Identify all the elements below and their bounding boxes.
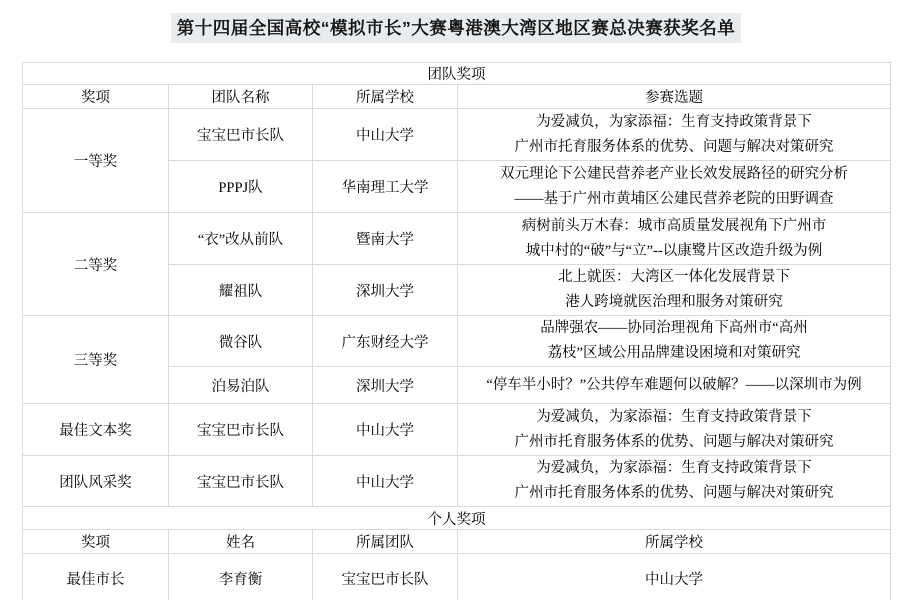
- topic-line: “停车半小时？”公共停车难题何以破解？——以深圳市为例: [458, 373, 890, 398]
- team-cell: 宝宝巴市长队: [169, 109, 313, 161]
- topic-line: 北上就医：大湾区一体化发展背景下: [458, 265, 890, 290]
- col-header-name: 姓名: [169, 530, 313, 554]
- name-cell: 李育衡: [169, 554, 313, 600]
- school-cell: 中山大学: [313, 456, 458, 507]
- table-row: 团队风采奖 宝宝巴市长队 中山大学 为爱减负，为家添福：生育支持政策背景下 广州…: [23, 456, 891, 507]
- topic-line: 广州市托育服务体系的优势、问题与解决对策研究: [458, 135, 890, 160]
- table-row: 三等奖 微谷队 广东财经大学 品牌强农——协同治理视角下高州市“高州 荔枝”区域…: [23, 316, 891, 367]
- topic-line: 城中村的“破”与“立”--以康鹭片区改造升级为例: [458, 239, 890, 264]
- topic-cell: 品牌强农——协同治理视角下高州市“高州 荔枝”区域公用品牌建设困境和对策研究: [458, 316, 891, 367]
- award-cell: 三等奖: [23, 316, 169, 404]
- col-header-school: 所属学校: [313, 85, 458, 109]
- team-cell: “衣”改从前队: [169, 213, 313, 265]
- team-cell: 宝宝巴市长队: [313, 554, 458, 600]
- topic-line: ——基于广州市黄埔区公建民营养老院的田野调查: [458, 187, 890, 212]
- topic-line: 广州市托育服务体系的优势、问题与解决对策研究: [458, 430, 890, 455]
- topic-line: 港人跨境就医治理和服务对策研究: [458, 290, 890, 315]
- team-cell: 微谷队: [169, 316, 313, 367]
- award-cell: 最佳文本奖: [23, 404, 169, 456]
- topic-cell: 病树前头万木春：城市高质量发展视角下广州市 城中村的“破”与“立”--以康鹭片区…: [458, 213, 891, 265]
- topic-line: 为爱减负，为家添福：生育支持政策背景下: [458, 405, 890, 430]
- team-section-header: 团队奖项: [23, 63, 891, 85]
- school-cell: 深圳大学: [313, 367, 458, 404]
- school-cell: 中山大学: [313, 109, 458, 161]
- col-header-topic: 参赛选题: [458, 85, 891, 109]
- school-cell: 中山大学: [458, 554, 891, 600]
- team-cell: PPPJ队: [169, 161, 313, 213]
- topic-cell: 为爱减负，为家添福：生育支持政策背景下 广州市托育服务体系的优势、问题与解决对策…: [458, 404, 891, 456]
- topic-line: 广州市托育服务体系的优势、问题与解决对策研究: [458, 481, 890, 506]
- col-header-school: 所属学校: [458, 530, 891, 554]
- topic-line: 荔枝”区域公用品牌建设困境和对策研究: [458, 341, 890, 366]
- topic-cell: 为爱减负，为家添福：生育支持政策背景下 广州市托育服务体系的优势、问题与解决对策…: [458, 109, 891, 161]
- team-cell: 耀祖队: [169, 265, 313, 316]
- col-header-team: 团队名称: [169, 85, 313, 109]
- award-cell: 一等奖: [23, 109, 169, 213]
- topic-cell: 双元理论下公建民营养老产业长效发展路径的研究分析 ——基于广州市黄埔区公建民营养…: [458, 161, 891, 213]
- col-header-award: 奖项: [23, 85, 169, 109]
- school-cell: 深圳大学: [313, 265, 458, 316]
- individual-section-header: 个人奖项: [23, 507, 891, 530]
- table-row: 一等奖 宝宝巴市长队 中山大学 为爱减负，为家添福：生育支持政策背景下 广州市托…: [23, 109, 891, 161]
- team-cell: 泊易泊队: [169, 367, 313, 404]
- topic-line: 双元理论下公建民营养老产业长效发展路径的研究分析: [458, 162, 890, 187]
- award-cell: 二等奖: [23, 213, 169, 316]
- col-header-team: 所属团队: [313, 530, 458, 554]
- table-row: 二等奖 “衣”改从前队 暨南大学 病树前头万木春：城市高质量发展视角下广州市 城…: [23, 213, 891, 265]
- school-cell: 暨南大学: [313, 213, 458, 265]
- school-cell: 中山大学: [313, 404, 458, 456]
- table-row: 最佳文本奖 宝宝巴市长队 中山大学 为爱减负，为家添福：生育支持政策背景下 广州…: [23, 404, 891, 456]
- topic-cell: 北上就医：大湾区一体化发展背景下 港人跨境就医治理和服务对策研究: [458, 265, 891, 316]
- page-title: 第十四届全国高校“模拟市长”大赛粤港澳大湾区地区赛总决赛获奖名单: [171, 13, 742, 43]
- page: 第十四届全国高校“模拟市长”大赛粤港澳大湾区地区赛总决赛获奖名单 团队奖项 奖项…: [0, 0, 912, 600]
- team-cell: 宝宝巴市长队: [169, 456, 313, 507]
- topic-line: 为爱减负，为家添福：生育支持政策背景下: [458, 110, 890, 135]
- topic-line: 为爱减负，为家添福：生育支持政策背景下: [458, 456, 890, 481]
- table-row: 最佳市长 李育衡 宝宝巴市长队 中山大学: [23, 554, 891, 600]
- topic-cell: “停车半小时？”公共停车难题何以破解？——以深圳市为例: [458, 367, 891, 404]
- col-header-award: 奖项: [23, 530, 169, 554]
- topic-line: 品牌强农——协同治理视角下高州市“高州: [458, 316, 890, 341]
- school-cell: 华南理工大学: [313, 161, 458, 213]
- team-cell: 宝宝巴市长队: [169, 404, 313, 456]
- topic-line: 病树前头万木春：城市高质量发展视角下广州市: [458, 214, 890, 239]
- title-row: 第十四届全国高校“模拟市长”大赛粤港澳大湾区地区赛总决赛获奖名单: [0, 13, 912, 43]
- awards-table: 团队奖项 奖项 团队名称 所属学校 参赛选题 一等奖 宝宝巴市长队 中山大学 为…: [22, 62, 891, 600]
- topic-cell: 为爱减负，为家添福：生育支持政策背景下 广州市托育服务体系的优势、问题与解决对策…: [458, 456, 891, 507]
- school-cell: 广东财经大学: [313, 316, 458, 367]
- award-cell: 团队风采奖: [23, 456, 169, 507]
- award-cell: 最佳市长: [23, 554, 169, 600]
